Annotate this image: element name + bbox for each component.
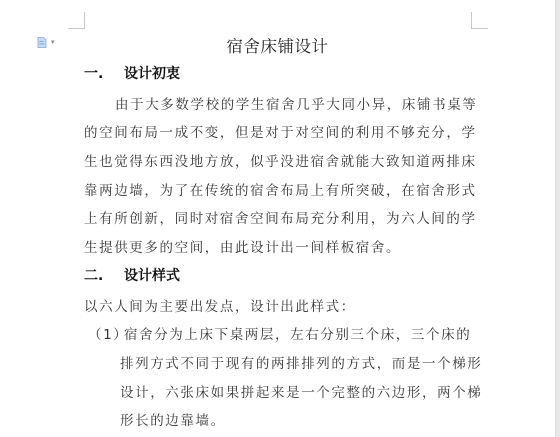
section-heading-1: 一.设计初衷: [84, 63, 180, 83]
list-item-marker: （1）: [88, 323, 128, 343]
section-heading-text: 设计初衷: [124, 66, 180, 82]
section-number: 二.: [84, 265, 124, 285]
section-number: 一.: [84, 63, 124, 83]
document-title: 宿舍床铺设计: [0, 33, 555, 57]
list-item-line: 排列方式不同于现有的两排排列的方式，而是一个梯形: [120, 352, 482, 372]
page-corner-mark-top-left: [68, 12, 85, 29]
list-item-line: 设计，六张床如果拼起来是一个完整的六边形，两个梯: [120, 381, 482, 401]
vertical-scrollbar[interactable]: [555, 0, 560, 437]
paragraph-line: 以六人间为主要出发点，设计出此样式：: [84, 295, 356, 315]
list-item-line: 宿舍分为上床下桌两层，左右分别三个床，三个床的: [124, 323, 471, 343]
section-heading-2: 二.设计样式: [84, 265, 180, 285]
paragraph-line: 的空间布局一成不变，但是对于对空间的利用不够充分，学: [84, 121, 477, 141]
page-corner-mark-top-right: [471, 12, 488, 29]
paragraph-line: 上有所创新，同时对宿舍空间布局充分利用，为六人间的学: [84, 207, 477, 227]
paragraph-line: 生提供更多的空间，由此设计出一间样板宿舍。: [84, 236, 401, 256]
paragraph-line: 靠两边墙，为了在传统的宿舍布局上有所突破，在宿舍形式: [84, 179, 477, 199]
document-page[interactable]: ▾ 宿舍床铺设计 一.设计初衷 由于大多数学校的学生宿舍几乎大同小异，床铺书桌等…: [0, 0, 555, 437]
section-heading-text: 设计样式: [124, 268, 180, 284]
paragraph-line: 由于大多数学校的学生宿舍几乎大同小异，床铺书桌等: [115, 93, 477, 113]
list-item-line: 形长的边靠墙。: [120, 409, 226, 429]
paragraph-line: 生也觉得东西没地方放，似乎没进宿舍就能大致知道两排床: [84, 150, 477, 170]
